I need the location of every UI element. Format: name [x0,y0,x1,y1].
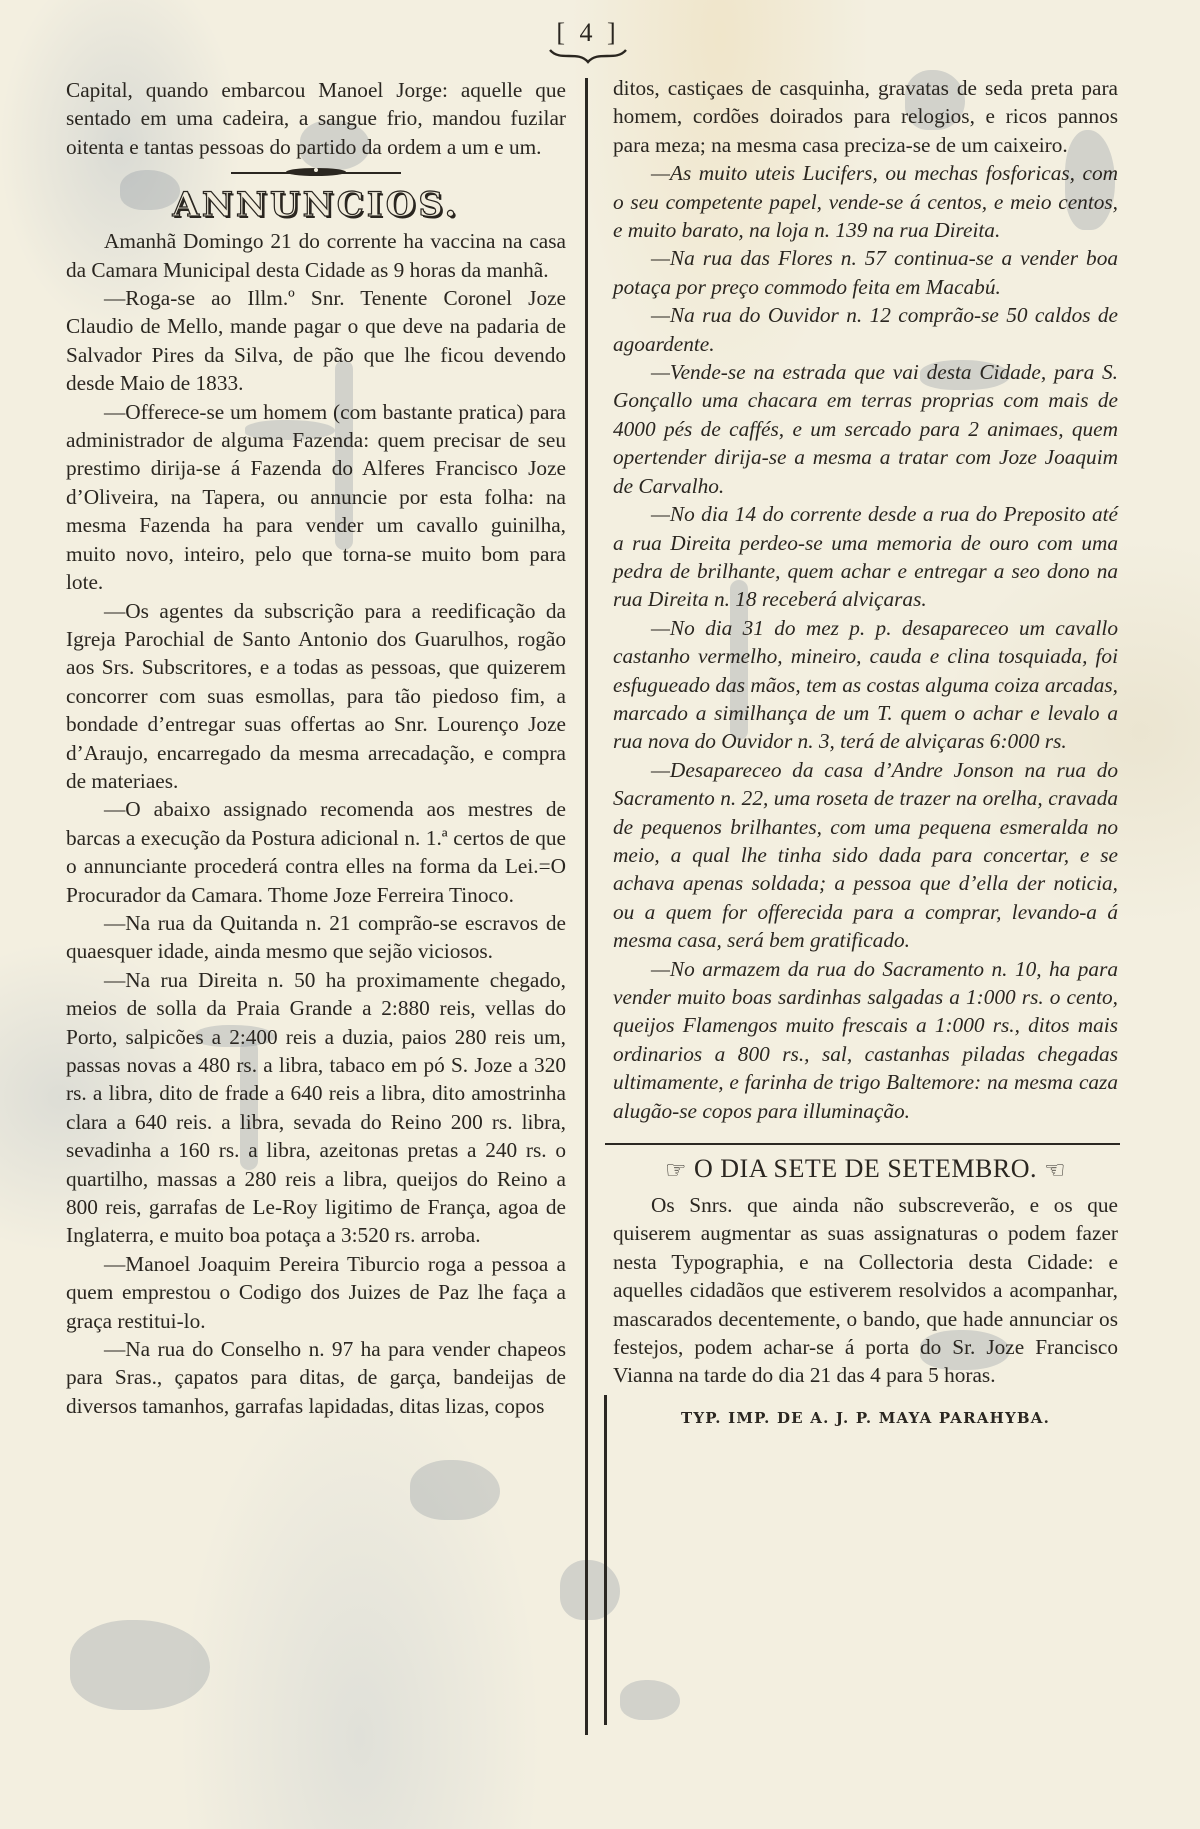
continued-article-text: Capital, quando embarcou Manoel Jorge: a… [66,76,566,161]
notice-title-text: O DIA SETE DE SETEMBRO. [694,1154,1037,1183]
ad-debt-notice: —Roga-se ao Illm.º Snr. Tenente Coronel … [66,284,566,398]
water-stain [620,1680,680,1720]
notice-box-left-rule [604,1395,607,1725]
ad-church-subscription: —Os agentes da subscrição para a reedifi… [66,597,566,796]
notice-title: ☞ O DIA SETE DE SETEMBRO. ☜ [613,1153,1118,1187]
ad-chacara-sale: —Vende-se na estrada que vai desta Cidad… [613,358,1118,500]
pointing-hand-right-icon: ☞ [665,1155,687,1187]
ad-quitanda: —Na rua da Quitanda n. 21 comprão-se esc… [66,909,566,966]
water-stain [560,1560,620,1620]
printer-imprint: TYP. IMP. DE A. J. P. MAYA PARAHYBA. [613,1404,1118,1432]
column-divider [585,78,588,1735]
section-title-annuncios: ANNUNCIOS. [66,185,566,225]
brace-ornament-icon [548,48,628,64]
ad-agoardente: —Na rua do Ouvidor n. 12 comprão-se 50 c… [613,301,1118,358]
ad-rua-conselho: —Na rua do Conselho n. 97 ha para vender… [66,1335,566,1420]
right-column: ditos, castiçaes de casquinha, gravatas … [613,74,1118,1432]
water-stain [70,1620,210,1710]
left-column: Capital, quando embarcou Manoel Jorge: a… [66,76,566,1420]
ad-potaca: —Na rua das Flores n. 57 continua-se a v… [613,244,1118,301]
ad-postura-notice: —O abaixo assignado recomenda aos mestre… [66,795,566,909]
page-number: [ 4 ] [548,18,628,48]
ornamental-rule-icon [231,165,401,179]
pointing-hand-left-icon: ☜ [1044,1155,1066,1187]
ad-administrator-offer: —Offerece-se um homem (com bastante prat… [66,398,566,597]
ad-armazem-sacramento: —No armazem da rua do Sacramento n. 10, … [613,955,1118,1125]
continued-ad-text: ditos, castiçaes de casquinha, gravatas … [613,74,1118,159]
ad-lost-book: —Manoel Joaquim Pereira Tiburcio roga a … [66,1250,566,1335]
ad-rua-direita-goods: —Na rua Direita n. 50 ha proximamente ch… [66,966,566,1250]
ad-lost-memoria: —No dia 14 do corrente desde a rua do Pr… [613,500,1118,614]
water-stain [410,1460,500,1520]
newspaper-page: [ 4 ] Capital, quando embarcou Manoel Jo… [0,0,1200,1829]
ad-lucifers: —As muito uteis Lucifers, ou mechas fosf… [613,159,1118,244]
ad-lost-horse: —No dia 31 do mez p. p. desapareceo um c… [613,614,1118,756]
notice-body: Os Snrs. que ainda não subscreverão, e o… [613,1191,1118,1390]
ad-vaccine: Amanhã Domingo 21 do corrente ha vaccina… [66,227,566,284]
notice-top-rule [605,1143,1120,1145]
ad-lost-roseta: —Desapareceo da casa d’Andre Jonson na r… [613,756,1118,955]
